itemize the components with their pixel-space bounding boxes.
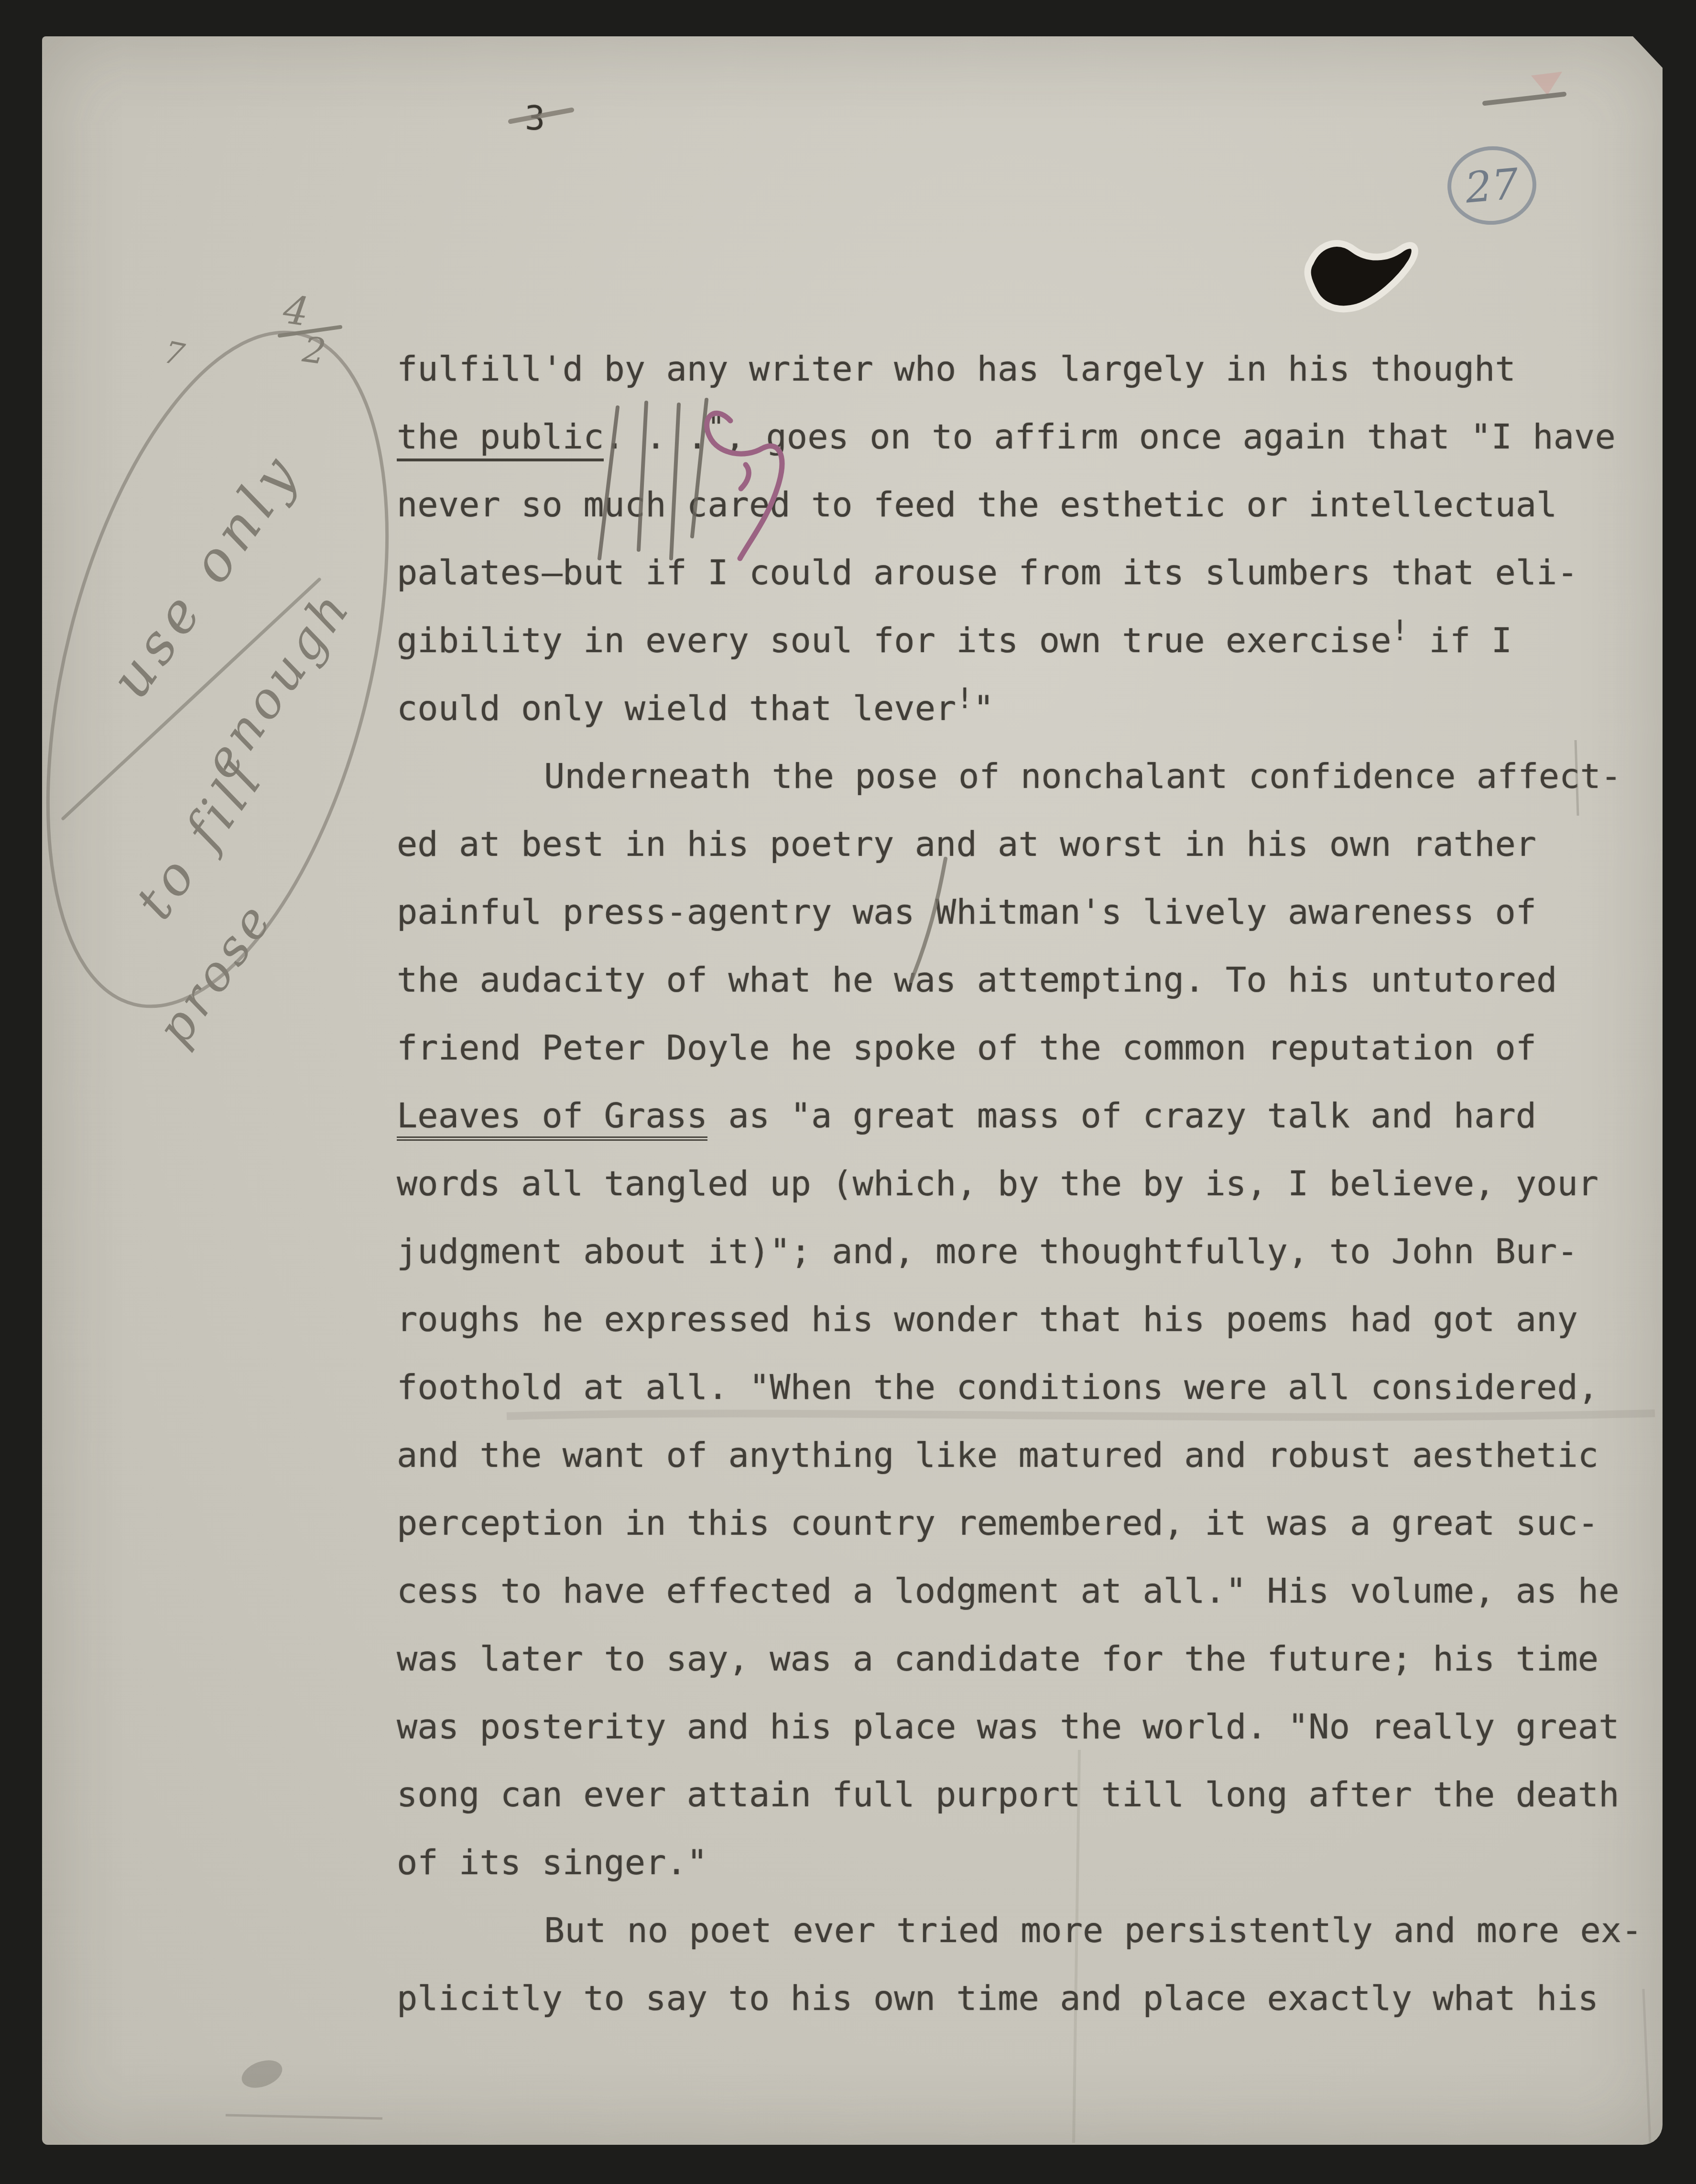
- typed-line: song can ever attain full purport till l…: [397, 1760, 1620, 1828]
- typed-text: was later to say, was a candidate for th…: [397, 1638, 1598, 1679]
- typed-text: song can ever attain full purport till l…: [397, 1774, 1620, 1814]
- typed-text: ": [973, 688, 994, 728]
- typed-line: roughs he expressed his wonder that his …: [397, 1285, 1578, 1353]
- typed-line: fulfill'd by any writer who has largely …: [397, 335, 1516, 403]
- typed-line: cess to have effected a lodgment at all.…: [397, 1557, 1620, 1625]
- typed-line: the public. . .", goes on to affirm once…: [397, 403, 1616, 470]
- typed-text: , goes on to affirm once again that "I h…: [725, 416, 1616, 457]
- typed-line: friend Peter Doyle he spoke of the commo…: [397, 1014, 1536, 1081]
- typed-line: the audacity of what he was attempting. …: [397, 946, 1557, 1014]
- typed-line: Leaves of Grass as "a great mass of craz…: [397, 1081, 1536, 1149]
- typed-text: But no poet ever tried more persistently…: [544, 1910, 1642, 1950]
- underlined-title-leaves-of-grass: Leaves of Grass: [397, 1095, 707, 1141]
- typed-text: of its singer.": [397, 1842, 707, 1882]
- typed-text: words all tangled up (which, by the by i…: [397, 1163, 1598, 1203]
- typed-line: judgment about it)"; and, more thoughtfu…: [397, 1217, 1578, 1285]
- typed-text: palates—but if I could arouse from its s…: [397, 552, 1578, 592]
- typed-text: plicitly to say to his own time and plac…: [397, 1978, 1598, 2018]
- typed-text: gibility in every soul for its own true …: [397, 620, 1392, 660]
- typed-text: cess to have effected a lodgment at all.…: [397, 1571, 1620, 1611]
- typed-line: could only wield that lever!": [397, 674, 994, 742]
- typed-text: foothold at all. "When the conditions we…: [397, 1367, 1598, 1407]
- typed-text: as "a great mass of crazy talk and hard: [707, 1095, 1536, 1136]
- typed-line: But no poet ever tried more persistently…: [397, 1896, 1642, 1964]
- folio-number-text: 27: [1463, 159, 1521, 212]
- typed-text: could only wield that lever: [397, 688, 956, 728]
- typed-text-block: fulfill'd by any writer who has largely …: [397, 335, 1592, 2104]
- typed-text: judgment about it)"; and, more thoughtfu…: [397, 1231, 1578, 1271]
- typed-line: plicitly to say to his own time and plac…: [397, 1964, 1598, 2032]
- typed-text: and the want of anything like matured an…: [397, 1435, 1598, 1475]
- typed-text: if I: [1408, 620, 1512, 660]
- typed-text: friend Peter Doyle he spoke of the commo…: [397, 1027, 1536, 1068]
- typed-text: the audacity of what he was attempting. …: [397, 960, 1557, 1000]
- typed-line: palates—but if I could arouse from its s…: [397, 538, 1578, 606]
- typed-line: gibility in every soul for its own true …: [397, 606, 1512, 674]
- typed-line: ed at best in his poetry and at worst in…: [397, 810, 1536, 878]
- page-number: 3: [525, 98, 545, 138]
- typed-line: was later to say, was a candidate for th…: [397, 1625, 1598, 1693]
- typed-text: ed at best in his poetry and at worst in…: [397, 824, 1536, 864]
- typed-line: never so much cared to feed the esthetic…: [397, 470, 1557, 538]
- typed-line: and the want of anything like matured an…: [397, 1421, 1598, 1489]
- typed-line: Underneath the pose of nonchalant confid…: [397, 742, 1621, 810]
- typed-text: painful press-agentry was Whitman's live…: [397, 892, 1536, 932]
- typed-line: of its singer.": [397, 1828, 707, 1896]
- typed-line: painful press-agentry was Whitman's live…: [397, 878, 1536, 946]
- typed-text: was posterity and his place was the worl…: [397, 1706, 1620, 1747]
- typed-line: was posterity and his place was the worl…: [397, 1693, 1620, 1760]
- scanned-manuscript-page: 3 27 fulfill'd by any writer who has lar…: [0, 0, 1696, 2184]
- typed-line: foothold at all. "When the conditions we…: [397, 1353, 1598, 1421]
- typed-text: fulfill'd by any writer who has largely …: [397, 349, 1516, 389]
- deleted-ellipsis: . . .: [604, 416, 707, 457]
- typed-line: words all tangled up (which, by the by i…: [397, 1149, 1598, 1217]
- typed-text: Underneath the pose of nonchalant confid…: [544, 756, 1621, 796]
- typed-line: perception in this country remembered, i…: [397, 1489, 1598, 1557]
- typed-text: perception in this country remembered, i…: [397, 1503, 1598, 1543]
- typed-text: never so much cared to feed the esthetic…: [397, 484, 1557, 524]
- underlined-phrase-the-public: the public: [397, 416, 604, 461]
- typed-text: roughs he expressed his wonder that his …: [397, 1299, 1578, 1339]
